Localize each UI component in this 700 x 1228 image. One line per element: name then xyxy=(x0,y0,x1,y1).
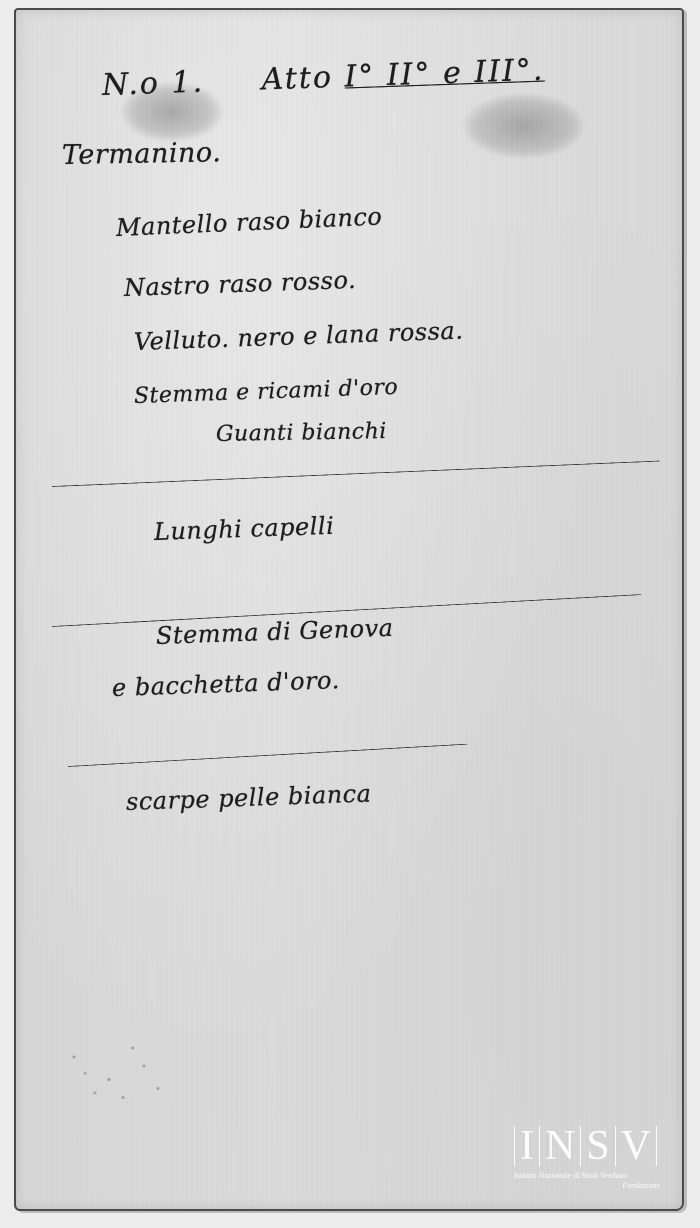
acts-list: I° II° e III°. xyxy=(344,53,545,95)
paper-sheet: N.o 1. Atto I° II° e III°. Termanino. Ma… xyxy=(14,8,684,1211)
costume-item: Guanti bianchi xyxy=(216,419,387,447)
acts-prefix: Atto xyxy=(261,60,333,97)
costume-item: Stemma e ricami d'oro xyxy=(134,375,399,409)
costume-item: e bacchetta d'oro. xyxy=(112,666,341,702)
section-divider xyxy=(68,744,467,767)
costume-item: Lunghi capelli xyxy=(154,512,335,546)
watermark-institution: Istituto Nazionale di Studi Verdiani xyxy=(514,1170,664,1181)
costume-item: Velluto. nero e lana rossa. xyxy=(134,317,464,356)
section-divider xyxy=(52,461,660,487)
watermark-subtitle: Fondazione xyxy=(514,1181,664,1191)
watermark-logo: INSV xyxy=(514,1126,664,1166)
character-name: Termanino. xyxy=(62,137,222,171)
paper-speckles xyxy=(46,1030,186,1120)
insv-watermark: INSV Istituto Nazionale di Studi Verdian… xyxy=(514,1126,664,1191)
costume-number: N.o 1. xyxy=(101,64,204,103)
costume-item: scarpe pelle bianca xyxy=(126,779,372,816)
costume-item: Mantello raso bianco xyxy=(115,202,382,242)
document-title-line: N.o 1. Atto I° II° e III°. xyxy=(101,53,545,103)
ink-stain-right xyxy=(464,94,584,158)
costume-item: Nastro raso rosso. xyxy=(124,266,357,302)
scanned-document: N.o 1. Atto I° II° e III°. Termanino. Ma… xyxy=(0,0,700,1228)
